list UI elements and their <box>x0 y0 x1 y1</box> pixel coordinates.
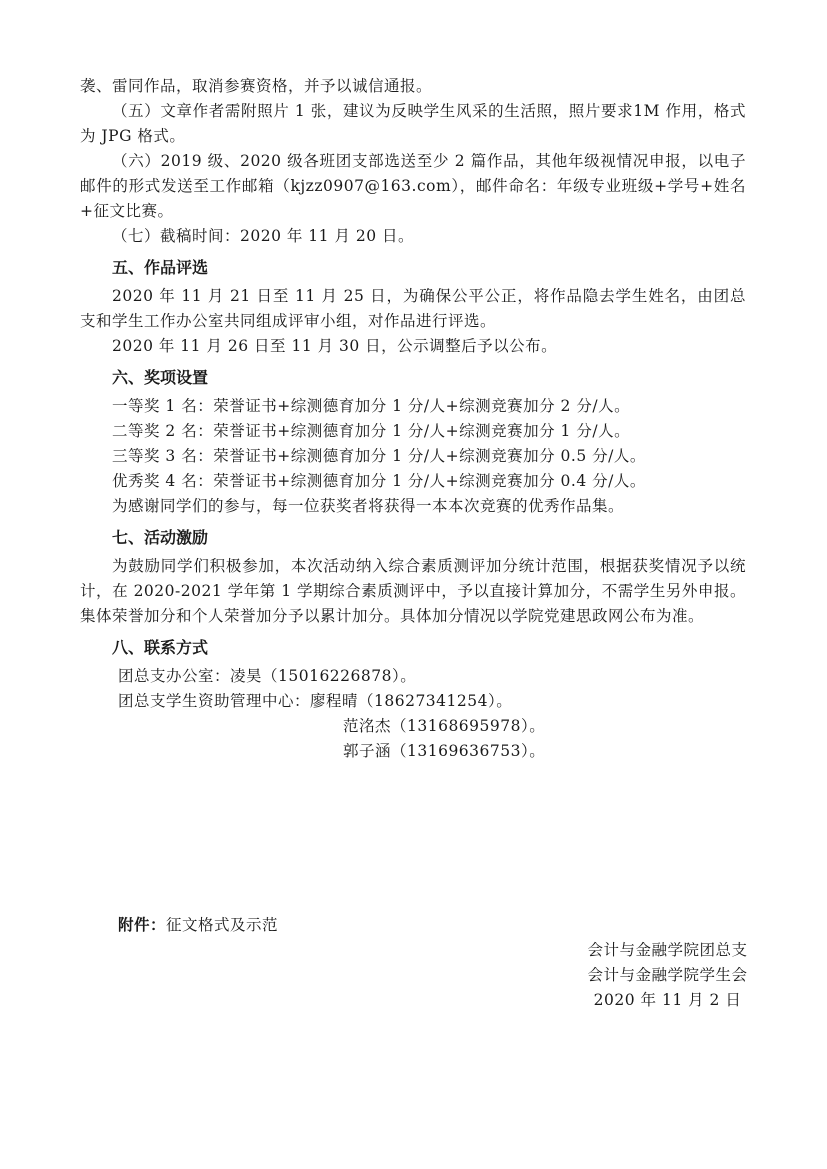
section-heading: 五、作品评选 <box>80 255 746 280</box>
contact-line: 范洺杰（13168695978）。 <box>80 714 746 739</box>
paragraph: （七）截稿时间：2020 年 11 月 20 日。 <box>80 224 746 249</box>
award-line: 三等奖 3 名：荣誉证书+综测德育加分 1 分/人+综测竞赛加分 0.5 分/人… <box>80 444 746 469</box>
section-heading: 七、活动激励 <box>80 525 746 550</box>
paragraph: 为鼓励同学们积极参加，本次活动纳入综合素质测评加分统计范围，根据获奖情况予以统计… <box>80 554 746 629</box>
attachment-value: 征文格式及示范 <box>166 916 278 934</box>
attachment-label: 附件： <box>118 916 166 934</box>
paragraph: 袭、雷同作品，取消参赛资格，并予以诚信通报。 <box>80 74 746 99</box>
signature-org: 会计与金融学院学生会 <box>555 963 780 988</box>
section-heading: 八、联系方式 <box>80 635 746 660</box>
signature-org: 会计与金融学院团总支 <box>555 938 780 963</box>
signature-block: 会计与金融学院团总支 会计与金融学院学生会 2020 年 11 月 2 日 <box>555 938 780 1013</box>
award-line: 一等奖 1 名：荣誉证书+综测德育加分 1 分/人+综测竞赛加分 2 分/人。 <box>80 394 746 419</box>
document-body: 袭、雷同作品，取消参赛资格，并予以诚信通报。 （五）文章作者需附照片 1 张，建… <box>80 74 746 764</box>
section-heading: 六、奖项设置 <box>80 365 746 390</box>
paragraph: （六）2019 级、2020 级各班团支部选送至少 2 篇作品，其他年级视情况申… <box>80 149 746 224</box>
attachment-line: 附件：征文格式及示范 <box>118 913 278 935</box>
award-note: 为感谢同学们的参与，每一位获奖者将获得一本本次竞赛的优秀作品集。 <box>80 494 746 519</box>
paragraph: 2020 年 11 月 26 日至 11 月 30 日，公示调整后予以公布。 <box>80 334 746 359</box>
contact-line: 郭子涵（13169636753）。 <box>80 739 746 764</box>
signature-date: 2020 年 11 月 2 日 <box>555 988 780 1013</box>
contact-line: 团总支办公室：凌昊（15016226878）。 <box>80 664 746 689</box>
paragraph: 2020 年 11 月 21 日至 11 月 25 日，为确保公平公正，将作品隐… <box>80 284 746 334</box>
contact-line: 团总支学生资助管理中心：廖程晴（18627341254）。 <box>80 689 746 714</box>
award-line: 二等奖 2 名：荣誉证书+综测德育加分 1 分/人+综测竞赛加分 1 分/人。 <box>80 419 746 444</box>
paragraph: （五）文章作者需附照片 1 张，建议为反映学生风采的生活照，照片要求1M 作用，… <box>80 99 746 149</box>
award-line: 优秀奖 4 名：荣誉证书+综测德育加分 1 分/人+综测竞赛加分 0.4 分/人… <box>80 469 746 494</box>
